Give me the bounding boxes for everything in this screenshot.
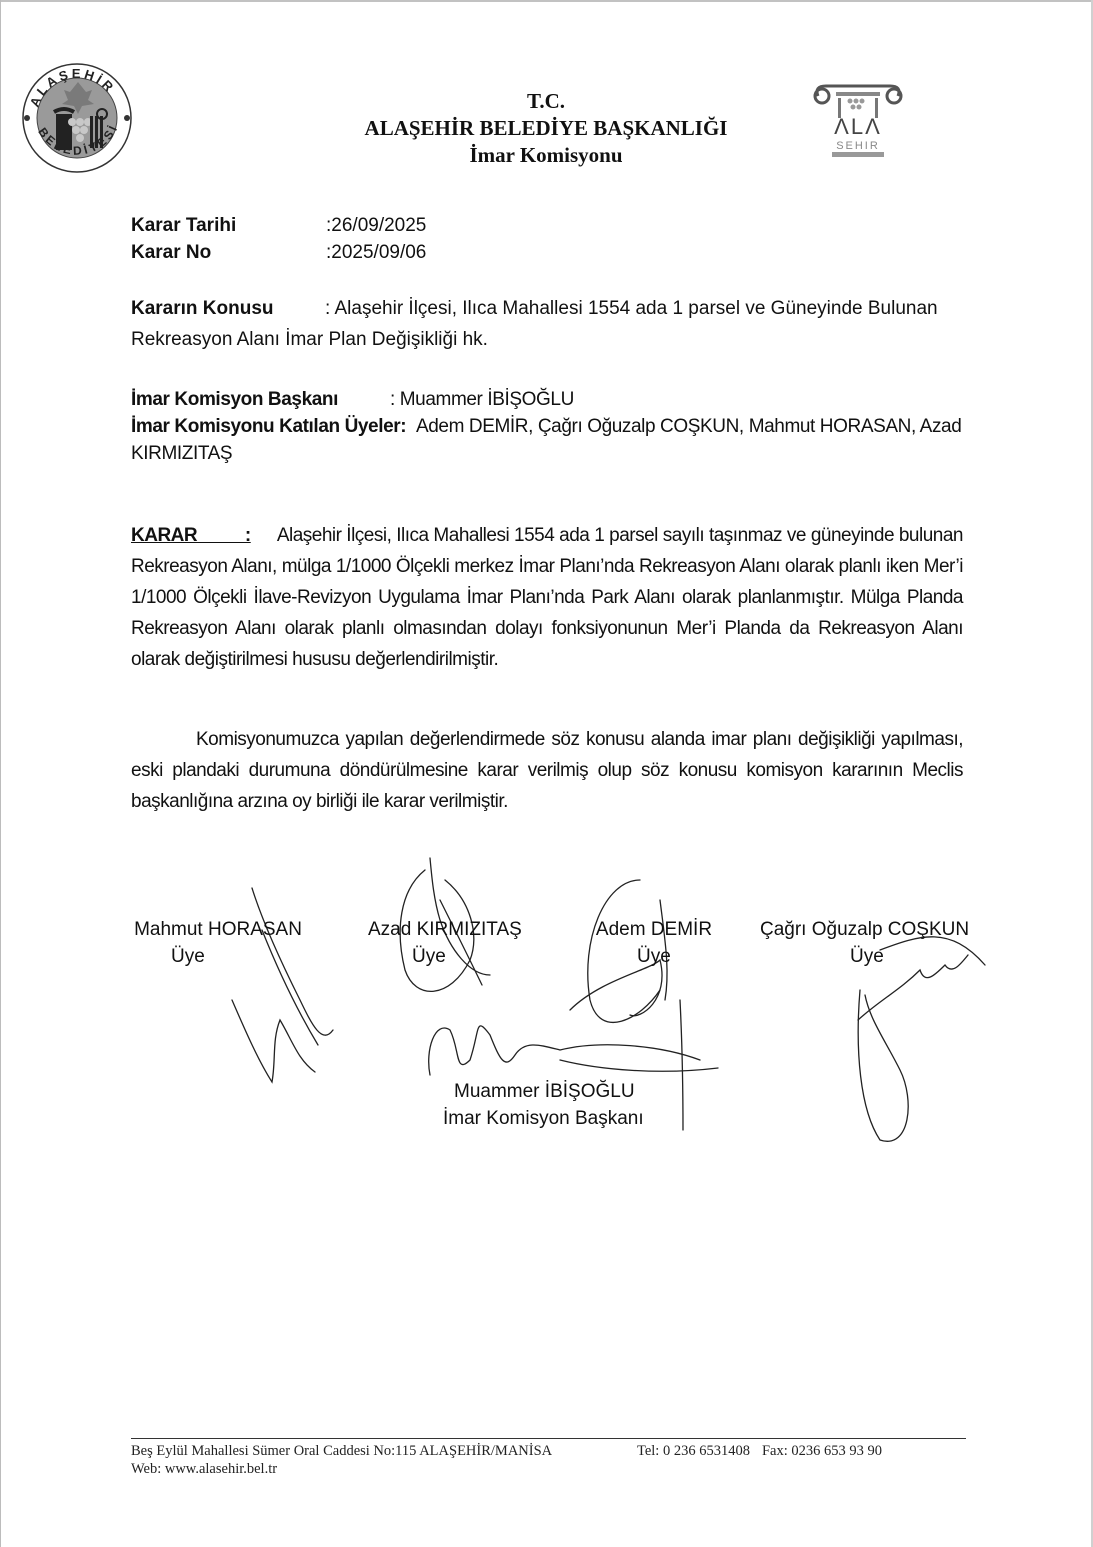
header-tc: T.C. [340, 88, 752, 115]
karar-label: KARAR : [131, 520, 273, 551]
signature-ibisoglu: Muammer İBİŞOĞLU İmar Komisyon Başkanı [440, 1078, 654, 1132]
signatory-role: Üye [760, 943, 968, 970]
signature-horasan: Mahmut HORASAN Üye [131, 916, 305, 970]
footer-web: Web: www.alasehir.bel.tr [131, 1460, 971, 1478]
signature-demir: Adem DEMİR Üye [593, 916, 715, 970]
baskan-label: İmar Komisyon Başkanı [131, 386, 390, 413]
scan-edge [0, 0, 1093, 2]
signatory-name: Azad KIRMIZITAŞ [368, 919, 522, 940]
footer-tel: Tel: 0 236 6531408 [637, 1442, 750, 1460]
document-header: T.C. ALAŞEHİR BELEDİYE BAŞKANLIĞI İmar K… [340, 88, 752, 169]
header-department: İmar Komisyonu [340, 142, 752, 169]
karar-tarihi-label: Karar Tarihi [131, 212, 236, 239]
signatory-name: Çağrı Oğuzalp COŞKUN [760, 919, 969, 940]
scan-edge [0, 0, 1, 1547]
footer-divider [131, 1438, 966, 1439]
uyeler-row: İmar Komisyonu Katılan Üyeler: Adem DEMİ… [131, 413, 971, 467]
karar-tarihi-row: Karar Tarihi :26/09/2025 [131, 212, 236, 239]
karar-no-row: Karar No :2025/09/06 [131, 239, 211, 266]
signatory-role: İmar Komisyon Başkanı [440, 1105, 654, 1132]
alasehir-belediyesi-seal-icon: ALAŞEHİR BELEDİYESİ [20, 60, 135, 175]
karar-konusu: Kararın Konusu: Alaşehir İlçesi, Ilıca M… [131, 293, 961, 355]
komisyon-block: İmar Komisyon Başkanı: Muammer İBİŞOĞLU … [131, 386, 971, 467]
karar-tarihi-value: :26/09/2025 [326, 212, 426, 239]
signatory-name: Muammer İBİŞOĞLU [440, 1078, 654, 1105]
svg-text:ΛLΛ: ΛLΛ [834, 114, 882, 139]
footer-fax: Fax: 0236 653 93 90 [762, 1442, 882, 1460]
konu-label: Kararın Konusu [131, 293, 325, 324]
svg-text:SEHIR: SEHIR [836, 140, 880, 152]
uyeler-label: İmar Komisyonu Katılan Üyeler: [131, 416, 406, 437]
signatory-role: Üye [593, 943, 715, 970]
karar-no-label: Karar No [131, 239, 211, 266]
signatory-role: Üye [131, 943, 305, 970]
baskan-value: : Muammer İBİŞOĞLU [390, 389, 574, 410]
signatory-name: Mahmut HORASAN [134, 919, 302, 940]
karar-paragraph-2: Komisyonumuzca yapılan değerlendirmede s… [131, 724, 963, 817]
signature-kirmizitas: Azad KIRMIZITAŞ Üye [368, 916, 520, 970]
footer-address: Beş Eylül Mahallesi Sümer Oral Caddesi N… [131, 1442, 637, 1460]
signature-coskun: Çağrı Oğuzalp COŞKUN Üye [760, 916, 968, 970]
document-page: ALAŞEHİR BELEDİYESİ T.C. ALAŞEHİR BELEDİ… [0, 0, 1093, 1547]
header-institution: ALAŞEHİR BELEDİYE BAŞKANLIĞI [340, 115, 752, 142]
karar-paragraph: KARAR : Alaşehir İlçesi, Ilıca Mahallesi… [131, 520, 963, 675]
signatory-name: Adem DEMİR [596, 919, 712, 940]
signatory-role: Üye [368, 943, 520, 970]
document-footer: Beş Eylül Mahallesi Sümer Oral Caddesi N… [131, 1442, 971, 1478]
ala-sehir-column-logo-icon: ΛLΛ SEHIR [808, 82, 908, 160]
baskan-row: İmar Komisyon Başkanı: Muammer İBİŞOĞLU [131, 386, 971, 413]
karar-no-value: :2025/09/06 [326, 239, 426, 266]
